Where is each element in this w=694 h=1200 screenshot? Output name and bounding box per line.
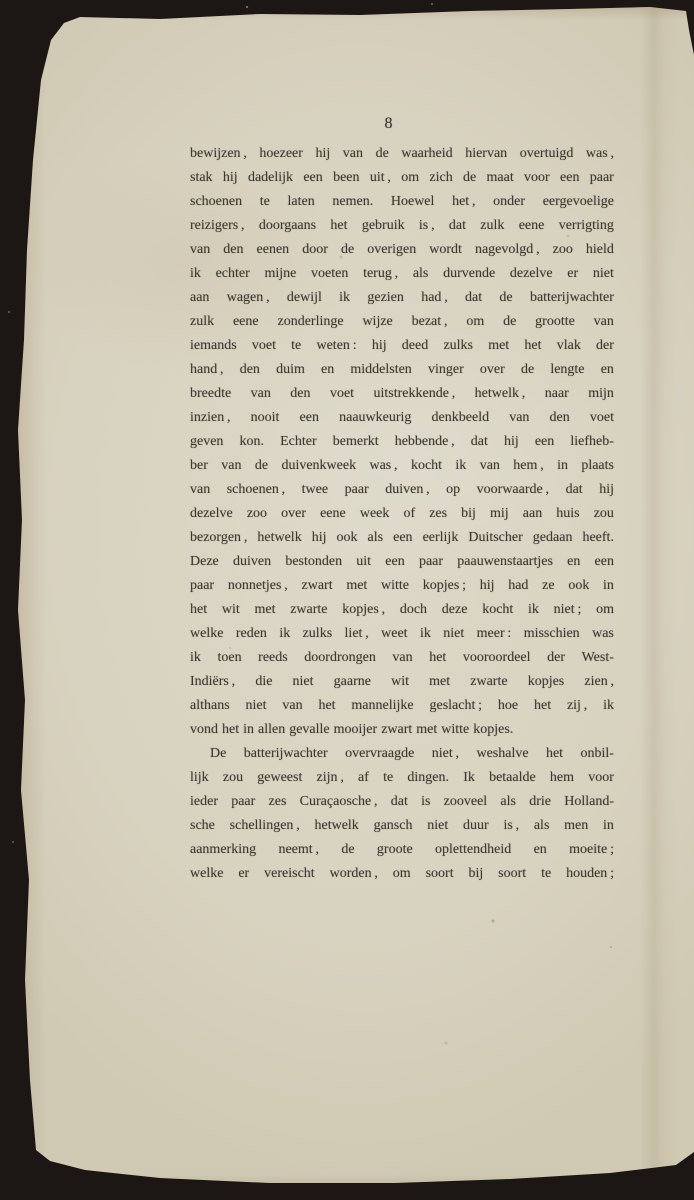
text-line: hetwitmetzwartekopjes ,dochdezekochtikni… bbox=[190, 602, 614, 626]
page-number: 8 bbox=[190, 115, 588, 133]
text-line: Dezeduivenbestondenuiteenpaarpaauwenstaa… bbox=[190, 554, 614, 578]
text-line: vondhetinallengevallemooijerzwartmetwitt… bbox=[190, 722, 614, 746]
paragraph: bewijzen ,hoezeerhijvandewaarheidhiervan… bbox=[190, 146, 614, 746]
text-line: hand ,denduimenmiddelstenvingeroverdelen… bbox=[190, 362, 614, 386]
text-line: schoenentelatennemen.Hoewelhet ,ondereer… bbox=[190, 194, 614, 218]
text-line: zulkeenezonderlingewijzebezat ,omdegroot… bbox=[190, 314, 614, 338]
text-line: aanwagen ,dewijlikgezienhad ,datdebatter… bbox=[190, 290, 614, 314]
text-line: gevenkon.Echterbemerkthebbende ,dathijee… bbox=[190, 434, 614, 458]
text-line: aanmerkingneemt ,degrooteoplettendheiden… bbox=[190, 842, 614, 866]
text-line: scheschellingen ,hetwelkganschnietduuris… bbox=[190, 818, 614, 842]
text-line: dezelvezooovereeneweekofzesbijmijaanhuis… bbox=[190, 506, 614, 530]
text-line: breedtevandenvoetuitstrekkende ,hetwelk … bbox=[190, 386, 614, 410]
text-line: bewijzen ,hoezeerhijvandewaarheidhiervan… bbox=[190, 146, 614, 170]
text-line: althansnietvanhetmannelijkegeslacht ;hoe… bbox=[190, 698, 614, 722]
text-block: bewijzen ,hoezeerhijvandewaarheidhiervan… bbox=[190, 146, 614, 890]
text-line: inzien ,nooiteennaauwkeurigdenkbeeldvand… bbox=[190, 410, 614, 434]
text-line: stakhijdadelijkeenbeenuit ,omzichdemaatv… bbox=[190, 170, 614, 194]
text-line: iktoenreedsdoordrongenvanhetvooroordeeld… bbox=[190, 650, 614, 674]
scan-background: 8 bewijzen ,hoezeerhijvandewaarheidhierv… bbox=[0, 0, 694, 1200]
text-line: bezorgen ,hetwelkhijookalseeneerlijkDuit… bbox=[190, 530, 614, 554]
text-line: welkeervereischtworden ,omsoortbijsoortt… bbox=[190, 866, 614, 890]
paragraph: Debatterijwachterovervraagdeniet ,weshal… bbox=[190, 746, 614, 890]
text-line: bervandeduivenkweekwas ,kochtikvanhem ,i… bbox=[190, 458, 614, 482]
text-line: iemandsvoetteweten :hijdeedzulksmethetvl… bbox=[190, 338, 614, 362]
text-line: reizigers ,doorgaanshetgebruikis ,datzul… bbox=[190, 218, 614, 242]
text-line: ikechtermijnevoetenterug ,alsdurvendedez… bbox=[190, 266, 614, 290]
text-line: lijkzougeweestzijn ,aftedingen.Ikbetaald… bbox=[190, 770, 614, 794]
text-line: vanschoenen ,tweepaarduiven ,opvoorwaard… bbox=[190, 482, 614, 506]
text-line: Indiërs ,dienietgaarnewitmetzwartekopjes… bbox=[190, 674, 614, 698]
text-line: Debatterijwachterovervraagdeniet ,weshal… bbox=[190, 746, 614, 770]
text-line: welkeredenikzulksliet ,weetiknietmeer :m… bbox=[190, 626, 614, 650]
text-line: iederpaarzesCuraçaosche ,datiszooveelals… bbox=[190, 794, 614, 818]
text-line: paarnonnetjes ,zwartmetwittekopjes ;hijh… bbox=[190, 578, 614, 602]
page-sheet: 8 bewijzen ,hoezeerhijvandewaarheidhierv… bbox=[0, 0, 694, 1200]
text-line: vandeneenendoordeoverigenwordtnagevolgd … bbox=[190, 242, 614, 266]
